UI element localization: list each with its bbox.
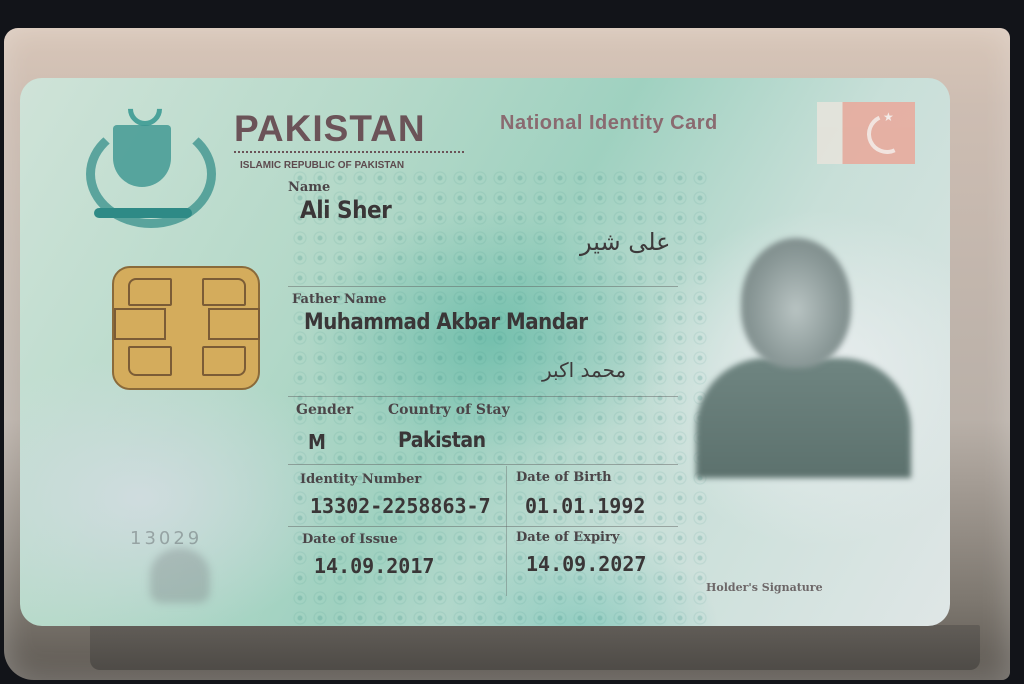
divider (288, 396, 678, 397)
holder-photo (696, 228, 911, 478)
divider (288, 286, 678, 287)
divider (288, 526, 678, 527)
state-emblem-icon (78, 90, 208, 230)
date-of-expiry-value: 14.09.2027 (526, 552, 646, 576)
identity-card: PAKISTAN ISLAMIC REPUBLIC OF PAKISTAN Na… (20, 78, 950, 626)
sleeve-edge (90, 625, 980, 670)
identity-number-value: 13302-2258863-7 (310, 494, 491, 518)
father-name-label: Father Name (292, 292, 386, 307)
smart-chip-icon (112, 266, 260, 390)
date-of-birth-value: 01.01.1992 (525, 494, 645, 518)
father-name-value: Muhammad Akbar Mandar (304, 310, 587, 335)
country-full-name: ISLAMIC REPUBLIC OF PAKISTAN (240, 160, 404, 171)
gender-value: M (308, 430, 325, 454)
ghost-image: 13029 (130, 528, 240, 608)
gender-label: Gender (296, 402, 353, 418)
identity-number-label: Identity Number (300, 472, 421, 487)
title-divider (234, 151, 464, 153)
holder-signature-label: Holder's Signature (706, 581, 823, 594)
divider (288, 464, 678, 465)
date-of-issue-label: Date of Issue (302, 532, 398, 547)
name-value: Ali Sher (300, 196, 391, 224)
father-name-urdu: محمد اکبر (542, 358, 626, 382)
pakistan-flag-icon: ★ (817, 102, 915, 164)
ghost-number: 13029 (130, 528, 202, 549)
country-of-stay-label: Country of Stay (388, 402, 510, 418)
date-of-expiry-label: Date of Expiry (516, 530, 619, 545)
name-urdu: علی شیر (580, 228, 671, 256)
country-of-stay-value: Pakistan (398, 428, 486, 452)
document-type: National Identity Card (500, 112, 718, 135)
name-label: Name (288, 180, 330, 195)
date-of-birth-label: Date of Birth (516, 470, 612, 485)
divider (506, 466, 507, 596)
date-of-issue-value: 14.09.2017 (314, 554, 434, 578)
country-title: PAKISTAN (234, 108, 426, 150)
